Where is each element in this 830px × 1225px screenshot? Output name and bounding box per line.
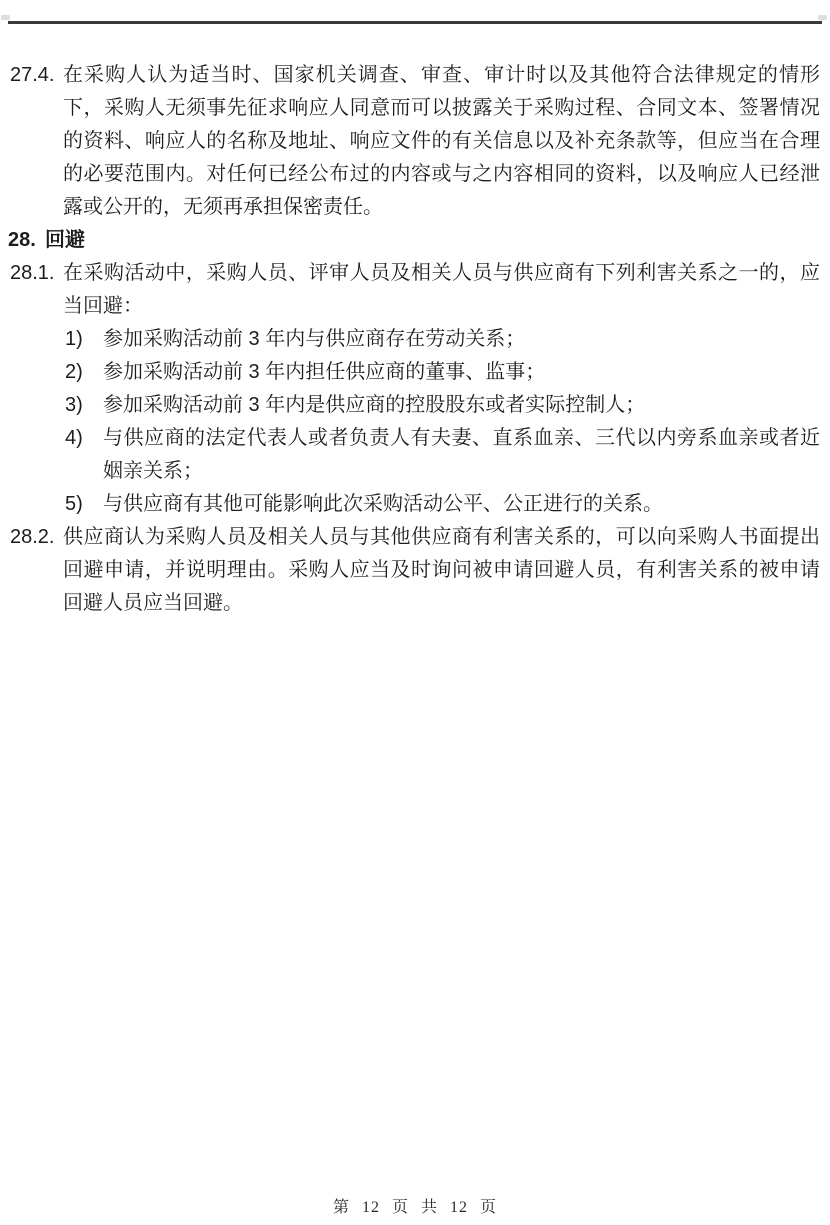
section-number: 28. <box>8 224 36 257</box>
list-item-text: 与供应商的法定代表人或者负责人有夫妻、直系血亲、三代以内旁系血亲或者近姻亲关系； <box>103 427 820 482</box>
list-item-number: 2) <box>65 356 83 389</box>
header-artifact-left <box>1 15 10 20</box>
document-page: 27.4. 在采购人认为适当时、国家机关调查、审查、审计时以及其他符合法律规定的… <box>0 0 830 1225</box>
clause-text: 在采购活动中，采购人员、评审人员及相关人员与供应商有下列利害关系之一的，应当回避… <box>63 262 820 317</box>
clause-28-2: 28.2. 供应商认为采购人员及相关人员与其他供应商有利害关系的，可以向采购人书… <box>10 521 820 620</box>
document-body: 27.4. 在采购人认为适当时、国家机关调查、审查、审计时以及其他符合法律规定的… <box>10 59 820 620</box>
list-item: 3) 参加采购活动前 3 年内是供应商的控股股东或者实际控制人； <box>65 389 820 422</box>
list-item-number: 4) <box>65 422 83 455</box>
list-item-text: 与供应商有其他可能影响此次采购活动公平、公正进行的关系。 <box>103 493 663 515</box>
page-number-label: 第 12 页 共 12 页 <box>333 1199 497 1216</box>
clause-number: 27.4. <box>10 59 54 92</box>
clause-text: 在采购人认为适当时、国家机关调查、审查、审计时以及其他符合法律规定的情形下，采购… <box>63 64 820 218</box>
list-item: 2) 参加采购活动前 3 年内担任供应商的董事、监事； <box>65 356 820 389</box>
header-rule <box>8 21 822 24</box>
clause-number: 28.1. <box>10 257 54 290</box>
page-footer: 第 12 页 共 12 页 <box>0 1199 830 1217</box>
list-item: 5) 与供应商有其他可能影响此次采购活动公平、公正进行的关系。 <box>65 488 820 521</box>
list-item-text: 参加采购活动前 3 年内与供应商存在劳动关系； <box>103 328 525 350</box>
conflict-of-interest-list: 1) 参加采购活动前 3 年内与供应商存在劳动关系； 2) 参加采购活动前 3 … <box>65 323 820 521</box>
list-item-number: 1) <box>65 323 83 356</box>
list-item: 4) 与供应商的法定代表人或者负责人有夫妻、直系血亲、三代以内旁系血亲或者近姻亲… <box>65 422 820 488</box>
list-item: 1) 参加采购活动前 3 年内与供应商存在劳动关系； <box>65 323 820 356</box>
list-item-text: 参加采购活动前 3 年内担任供应商的董事、监事； <box>103 361 545 383</box>
clause-28-1: 28.1. 在采购活动中，采购人员、评审人员及相关人员与供应商有下列利害关系之一… <box>10 257 820 323</box>
list-item-number: 3) <box>65 389 83 422</box>
section-title: 回避 <box>45 229 85 251</box>
section-28-heading: 28. 回避 <box>10 224 820 257</box>
clause-number: 28.2. <box>10 521 54 554</box>
list-item-text: 参加采购活动前 3 年内是供应商的控股股东或者实际控制人； <box>103 394 645 416</box>
list-item-number: 5) <box>65 488 83 521</box>
clause-27-4: 27.4. 在采购人认为适当时、国家机关调查、审查、审计时以及其他符合法律规定的… <box>10 59 820 224</box>
clause-text: 供应商认为采购人员及相关人员与其他供应商有利害关系的，可以向采购人书面提出回避申… <box>63 526 820 614</box>
header-artifact-right <box>818 15 827 20</box>
